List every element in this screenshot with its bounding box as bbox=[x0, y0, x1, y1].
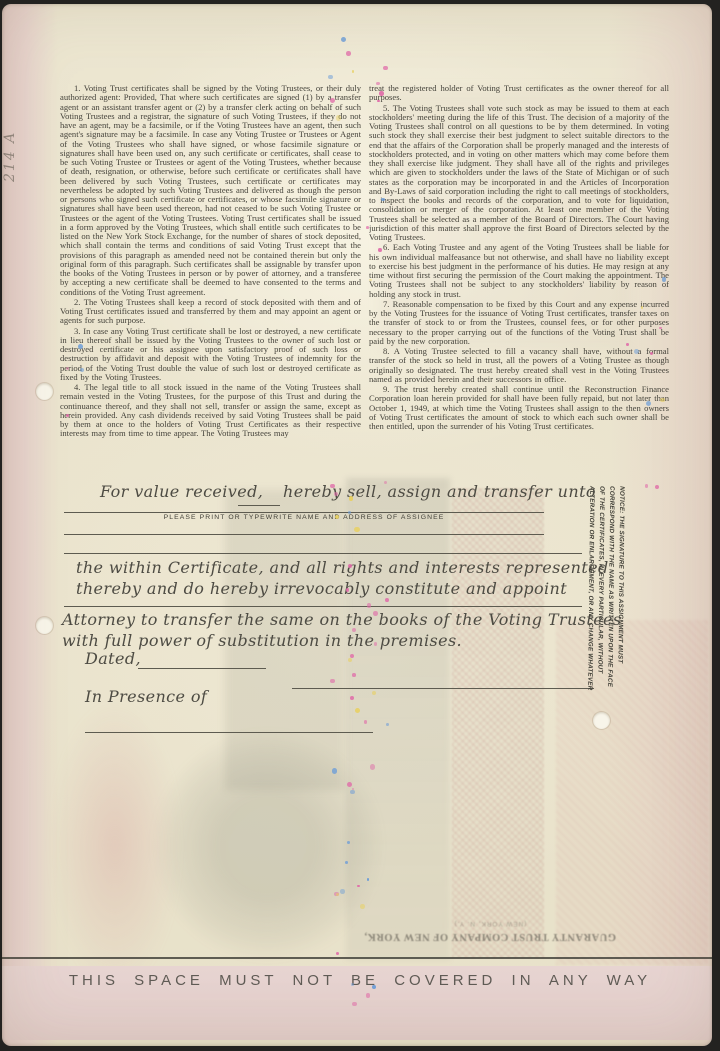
assignee-line-1 bbox=[64, 512, 544, 513]
signature-notice: NOTICE: THE SIGNATURE TO THIS ASSIGNMENT… bbox=[582, 486, 627, 738]
for-value-received-text: For value received, bbox=[100, 482, 263, 501]
legal-paragraph-6: 6. Each Voting Trustee and any agent of … bbox=[369, 243, 669, 299]
assignment-body-2-line-1: Attorney to transfer the same on the boo… bbox=[62, 609, 622, 630]
legal-paragraph-8: 8. A Voting Trustee selected to fill a v… bbox=[369, 347, 669, 384]
legal-paragraph-1: 1. Voting Trust certificates shall be si… bbox=[60, 84, 361, 297]
fill-in-line-short bbox=[238, 505, 280, 506]
punch-hole-left-bottom bbox=[36, 617, 53, 634]
assignee-line-3 bbox=[64, 553, 582, 554]
showthrough-imprint: GUARANTY TRUST COMPANY OF NEW YORK, (NEW… bbox=[358, 920, 622, 942]
punch-hole-left-top bbox=[36, 383, 53, 400]
dated-label: Dated, bbox=[85, 649, 141, 668]
showthrough-company-city: (NEW YORK, N. Y.) bbox=[358, 920, 622, 927]
do-not-cover-banner: THIS SPACE MUST NOT BE COVERED IN ANY WA… bbox=[0, 972, 720, 989]
in-presence-of-label: In Presence of bbox=[85, 687, 207, 706]
punch-hole-right bbox=[593, 712, 610, 729]
assignment-body-2-line-2: with full power of substitution in the p… bbox=[62, 630, 622, 651]
legal-paragraph-7: 7. Reasonable compensation to be fixed b… bbox=[369, 300, 669, 346]
witness-line-1 bbox=[292, 688, 594, 689]
witness-line-2 bbox=[85, 732, 373, 733]
assignment-body-1-line-2: thereby and do hereby irrevocably consti… bbox=[76, 578, 609, 599]
assignee-line-2 bbox=[64, 534, 544, 535]
dated-line bbox=[138, 668, 266, 669]
assignment-body-1: the within Certificate, and all rights a… bbox=[76, 557, 609, 599]
legal-paragraph-4-continued: treat the registered holder of Voting Tr… bbox=[369, 84, 669, 103]
sell-assign-transfer-text: hereby sell, assign and transfer unto bbox=[283, 482, 596, 501]
legal-paragraph-5: 5. The Voting Trustees shall vote such s… bbox=[369, 104, 669, 243]
legal-text-right-column: treat the registered holder of Voting Tr… bbox=[369, 84, 669, 486]
legal-paragraph-4: 4. The legal title to all stock issued i… bbox=[60, 383, 361, 439]
pencil-annotation: 214 A bbox=[2, 62, 20, 182]
legal-paragraph-2: 2. The Voting Trustees shall keep a reco… bbox=[60, 298, 361, 326]
attorney-line bbox=[64, 606, 582, 607]
legal-paragraph-3: 3. In case any Voting Trust certificate … bbox=[60, 327, 361, 383]
showthrough-company-name: GUARANTY TRUST COMPANY OF NEW YORK, bbox=[358, 931, 622, 942]
assignment-body-1-line-1: the within Certificate, and all rights a… bbox=[76, 557, 609, 578]
assignment-body-2: Attorney to transfer the same on the boo… bbox=[62, 609, 622, 651]
assignee-caption: PLEASE PRINT OR TYPEWRITE NAME AND ADDRE… bbox=[64, 514, 544, 521]
legal-text-left-column: 1. Voting Trust certificates shall be si… bbox=[60, 84, 361, 486]
bottom-rule bbox=[0, 957, 720, 959]
legal-paragraph-9: 9. The trust hereby created shall contin… bbox=[369, 385, 669, 431]
certificate-back-scan: 1. Voting Trust certificates shall be si… bbox=[0, 0, 720, 1051]
